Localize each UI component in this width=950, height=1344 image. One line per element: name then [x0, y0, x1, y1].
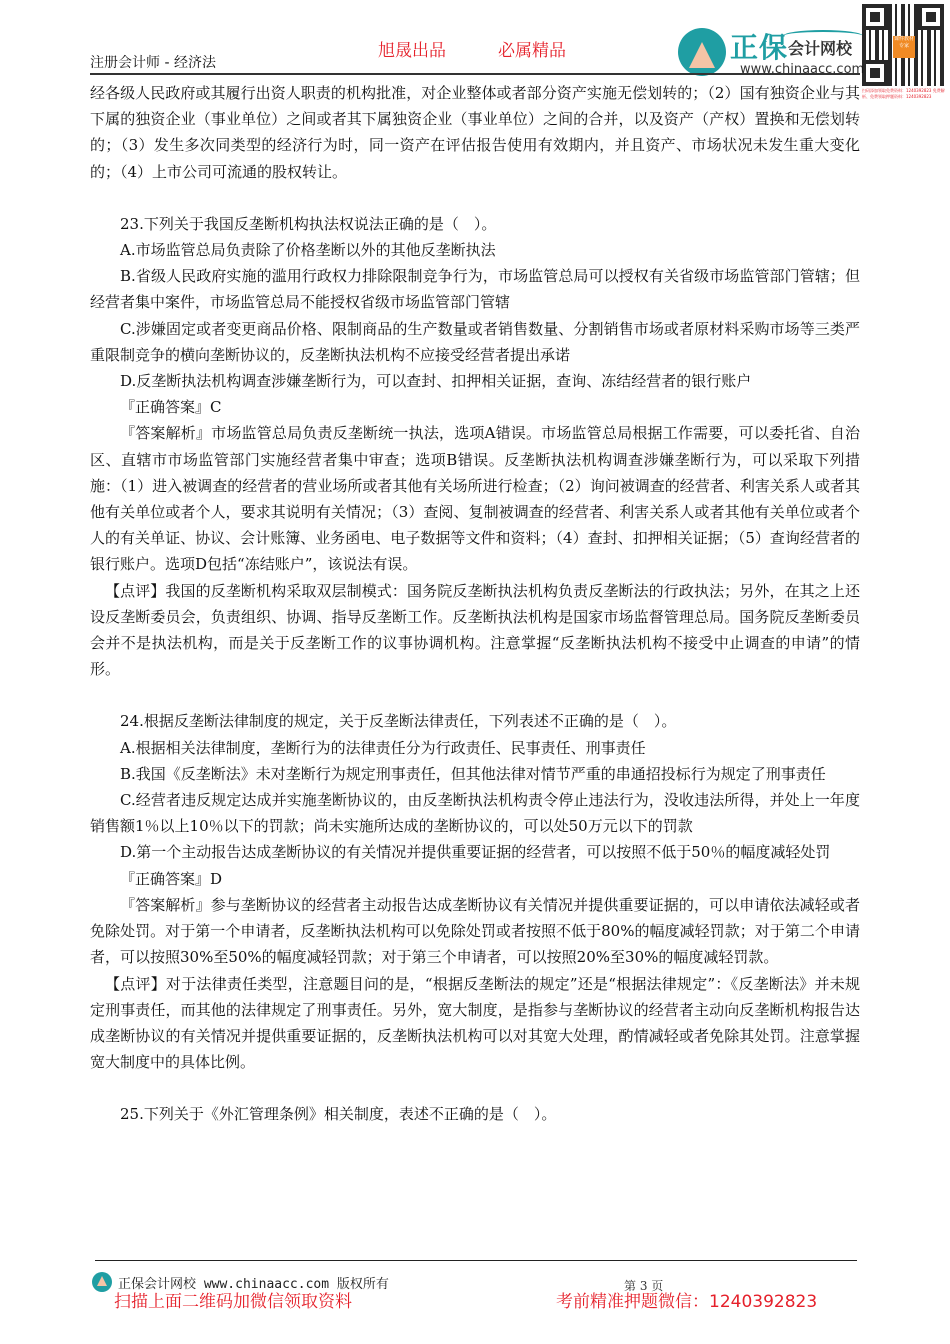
qr-finder-icon: [862, 60, 888, 86]
option-c: C.涉嫌固定或者变更商品价格、限制商品的生产数量或者销售数量、分割销售市场或者原…: [90, 316, 860, 368]
correct-answer: 『正确答案』D: [90, 866, 860, 892]
option-d: D.反垄断执法机构调查涉嫌垄断行为，可以查封、扣押相关证据，查询、冻结经营者的银…: [90, 368, 860, 394]
correct-answer: 『正确答案』C: [90, 394, 860, 420]
option-b: B.省级人民政府实施的滥用行政权力排除限制竞争行为，市场监管总局可以授权有关省级…: [90, 263, 860, 315]
option-a: A.市场监管总局负责除了价格垄断以外的其他反垄断执法: [90, 237, 860, 263]
qr-badge: 课件教材专家: [893, 36, 915, 58]
header-divider: [90, 73, 860, 75]
document-body: 经各级人民政府或其履行出资人职责的机构批准，对企业整体或者部分资产实施无偿划转的…: [90, 80, 860, 1128]
chinaacc-logo-icon: [92, 1272, 112, 1292]
question-stem: 23.下列关于我国反垄断机构执法权说法正确的是（ ）。: [90, 211, 860, 237]
answer-analysis: 『答案解析』参与垄断协议的经营者主动报告达成垄断协议有关情况并提供重要证据的，可…: [90, 892, 860, 971]
chinaacc-logo: 正保 会计网校 www.chinaacc.com: [678, 24, 858, 80]
comment: 【点评】我国的反垄断机构采取双层制模式：国务院反垄断执法机构负责反垄断法的行政执…: [90, 578, 860, 683]
footer-divider: [95, 1260, 857, 1261]
option-c: C.经营者违反规定达成并实施垄断协议的，由反垄断执法机构责令停止违法行为，没收违…: [90, 787, 860, 839]
option-d: D.第一个主动报告达成垄断协议的有关情况并提供重要证据的经营者，可以按照不低于5…: [90, 839, 860, 865]
footer-promo-right: 考前精准押题微信：1240392823: [556, 1287, 817, 1312]
slogan-right: 必属精品: [498, 36, 566, 61]
question-24: 24.根据反垄断法律制度的规定，关于反垄断法律责任，下列表述不正确的是（ ）。 …: [90, 708, 860, 1075]
logo-subtitle: 会计网校: [788, 36, 852, 59]
question-23: 23.下列关于我国反垄断机构执法权说法正确的是（ ）。 A.市场监管总局负责除了…: [90, 211, 860, 683]
qr-finder-icon: [862, 4, 888, 30]
course-title: 注册会计师 - 经济法: [90, 52, 216, 72]
slogan-left: 旭晟出品: [378, 36, 446, 61]
option-b: B.我国《反垄断法》未对垄断行为规定刑事责任，但其他法律对情节严重的串通招投标行…: [90, 761, 860, 787]
comment: 【点评】对于法律责任类型，注意题目问的是，“根据反垄断法的规定”还是“根据法律规…: [90, 971, 860, 1076]
carryover-paragraph: 经各级人民政府或其履行出资人职责的机构批准，对企业整体或者部分资产实施无偿划转的…: [90, 80, 860, 185]
question-25: 25.下列关于《外汇管理条例》相关制度，表述不正确的是（ ）。: [90, 1101, 860, 1127]
answer-analysis: 『答案解析』市场监管总局负责反垄断统一执法，选项A错误。市场监管总局根据工作需要…: [90, 420, 860, 577]
question-stem: 25.下列关于《外汇管理条例》相关制度，表述不正确的是（ ）。: [90, 1101, 860, 1127]
chinaacc-logo-icon: [678, 28, 726, 76]
question-stem: 24.根据反垄断法律制度的规定，关于反垄断法律责任，下列表述不正确的是（ ）。: [90, 708, 860, 734]
qr-finder-icon: [918, 4, 944, 30]
qr-caption: 扫码添加领取免费资料：1240392823 免费解析、免费领取押题资料：1240…: [862, 88, 948, 100]
logo-name: 正保: [730, 26, 788, 66]
option-a: A.根据相关法律制度，垄断行为的法律责任分为行政责任、民事责任、刑事责任: [90, 735, 860, 761]
footer-promo-left: 扫描上面二维码加微信领取资料: [114, 1287, 352, 1312]
